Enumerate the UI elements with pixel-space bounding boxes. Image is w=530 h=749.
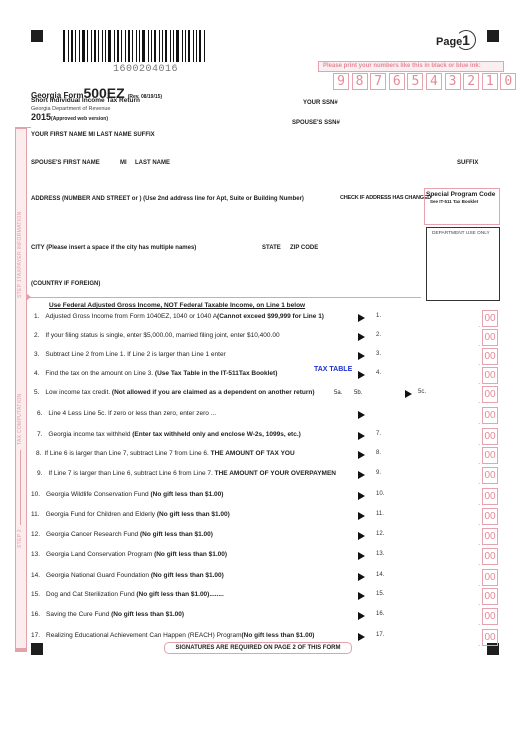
line-text: Low income tax credit. [45, 389, 111, 396]
decimal-point: . [478, 376, 481, 386]
line-description: 17.Realizing Educational Achievement Can… [31, 632, 314, 639]
line-reference: 1. [376, 313, 381, 319]
line-reference: 17. [376, 632, 384, 638]
sample-digit: 8 [352, 73, 368, 90]
decimal-point: . [478, 338, 481, 348]
department-use-box [426, 227, 500, 301]
arrow-right-icon [358, 451, 365, 459]
line-number: 10. [31, 491, 40, 498]
tax-line-5: 5.Low income tax credit. (Not allowed if… [0, 389, 530, 403]
arrow-right-icon [358, 592, 365, 600]
decimal-point: . [478, 416, 481, 426]
spouse-first-name-label: SPOUSE'S FIRST NAME [31, 160, 100, 166]
line-description: 13.Georgia Land Conservation Program (No… [31, 551, 227, 558]
section-divider [26, 297, 421, 298]
amount-cents-field[interactable]: 00 [482, 310, 498, 327]
line-text: Subtract Line 2 from Line 1. If Line 2 i… [45, 351, 225, 358]
amount-cents-field[interactable]: 00 [482, 367, 498, 384]
tax-line-13: 13.Georgia Land Conservation Program (No… [0, 551, 530, 565]
line-note: (No gift less than $1.00)........ [136, 591, 223, 598]
line-number: 2. [34, 332, 39, 339]
arrow-right-icon [358, 492, 365, 500]
year-value: 2015 [31, 112, 51, 122]
line-reference: 5c. [418, 389, 426, 395]
barcode-number: 1600204016 [113, 64, 178, 75]
year-note: (Approved web version) [51, 116, 108, 122]
line-note: (Cannot exceed $99,999 for Line 1) [217, 313, 324, 320]
line-note: (Not allowed if you are claimed as a dep… [112, 389, 315, 396]
line-description: 3.Subtract Line 2 from Line 1. If Line 2… [34, 351, 226, 358]
form-subtitle: Short Individual Income Tax Return [31, 97, 140, 104]
special-program-code-subtitle: See IT-511 Tax Booklet [430, 199, 478, 204]
special-program-code-title: Special Program Code [426, 191, 495, 198]
sample-digit: 6 [389, 73, 405, 90]
arrow-right-icon [358, 612, 365, 620]
line-number: 14. [31, 572, 40, 579]
line-number: 17. [31, 632, 40, 639]
sample-digit: 0 [500, 73, 516, 90]
line-description: 11.Georgia Fund for Children and Elderly… [31, 511, 230, 518]
line-note: (No gift less than $1.00) [150, 491, 223, 498]
line-reference: 16. [376, 611, 384, 617]
line-number: 6. [37, 410, 42, 417]
line-text: Georgia Fund for Children and Elderly [46, 511, 157, 518]
line-note: (No gift less than $1.00) [157, 511, 230, 518]
line-text: If Line 7 is larger than Line 6, subtrac… [48, 470, 214, 477]
decimal-point: . [478, 395, 481, 405]
line-note: THE AMOUNT OF YOUR OVERPAYMEN [215, 470, 336, 477]
arrow-right-icon [358, 633, 365, 641]
agi-instruction: Use Federal Adjusted Gross Income, NOT F… [49, 302, 305, 309]
tax-line-3: 3.Subtract Line 2 from Line 1. If Line 2… [0, 351, 530, 365]
arrow-right-icon [358, 552, 365, 560]
line-number: 9. [37, 470, 42, 477]
line-description: 5.Low income tax credit. (Not allowed if… [34, 389, 315, 396]
line-description: 7.Georgia income tax withheld (Enter tax… [37, 431, 301, 438]
line-description: 12.Georgia Cancer Research Fund (No gift… [31, 531, 213, 538]
line-text: Georgia National Guard Foundation [46, 572, 151, 579]
line-reference: 7. [376, 431, 381, 437]
line-number: 4. [34, 370, 39, 377]
address-changed-label[interactable]: CHECK IF ADDRESS HAS CHANGED [340, 195, 431, 201]
line-reference: 8. [376, 450, 381, 456]
line-reference: 11. [376, 511, 384, 517]
line-description: 16.Saving the Cure Fund (No gift less th… [31, 611, 184, 618]
line-reference: 3. [376, 351, 381, 357]
line-note: THE AMOUNT OF TAX YOU [211, 450, 295, 457]
arrow-right-icon [358, 352, 365, 360]
address-label: ADDRESS (NUMBER AND STREET or ) (Use 2nd… [31, 196, 304, 202]
decimal-point: . [478, 578, 481, 588]
line-number: 5. [34, 389, 39, 396]
decimal-point: . [478, 557, 481, 567]
decimal-point: . [478, 357, 481, 367]
tax-line-2: 2.If your filing status is single, enter… [0, 332, 530, 346]
decimal-point: . [478, 537, 481, 547]
tax-line-6: 6.Line 4 Less Line 5c. If zero or less t… [0, 410, 530, 424]
amount-cents-field[interactable]: 00 [482, 629, 498, 646]
line-description: 8.If Line 6 is larger than Line 7, subtr… [36, 450, 295, 457]
tax-line-16: 16.Saving the Cure Fund (No gift less th… [0, 611, 530, 625]
line-text: Realizing Educational Achievement Can Ha… [46, 632, 241, 639]
tax-table-link[interactable]: TAX TABLE [314, 366, 352, 373]
sidebar-bottom-bar [15, 648, 27, 652]
country-label: (COUNTRY IF FOREIGN) [31, 281, 100, 287]
line-text: Georgia Land Conservation Program [46, 551, 154, 558]
tax-line-15: 15.Dog and Cat Sterilization Fund (No gi… [0, 591, 530, 605]
tax-line-7: 7.Georgia income tax withheld (Enter tax… [0, 431, 530, 445]
sample-digit: 5 [407, 73, 423, 90]
amount-cents-field[interactable]: 00 [482, 386, 498, 403]
line-text: Georgia Wildlife Conservation Fund [46, 491, 150, 498]
line-description: 15.Dog and Cat Sterilization Fund (No gi… [31, 591, 224, 598]
page-number: 1 [456, 30, 476, 50]
tax-line-4: 4.Find the tax on the amount on Line 3. … [0, 370, 530, 384]
your-ssn-label: YOUR SSN# [303, 100, 338, 106]
line-text: Adjusted Gross Income from Form 1040EZ, … [45, 313, 217, 320]
city-label: CITY (Please insert a space if the city … [31, 245, 196, 251]
line-note: (No gift less than $1.00) [151, 572, 224, 579]
line-reference: 14. [376, 572, 384, 578]
arrow-right-icon [358, 471, 365, 479]
amount-cents-field[interactable]: 00 [482, 329, 498, 346]
tax-line-11: 11.Georgia Fund for Children and Elderly… [0, 511, 530, 525]
line-note: (No gift less than $1.00) [111, 611, 184, 618]
line-note: (Enter tax withheld only and enclose W-2… [132, 431, 301, 438]
amount-cents-field[interactable]: 00 [482, 407, 498, 424]
amount-cents-field[interactable]: 00 [482, 569, 498, 586]
line-description: 6.Line 4 Less Line 5c. If zero or less t… [37, 410, 216, 417]
registration-mark-top-right [487, 30, 499, 42]
sample-digit: 7 [370, 73, 386, 90]
line-number: 12. [31, 531, 40, 538]
line-number: 15. [31, 591, 40, 598]
amount-cents-field[interactable]: 00 [482, 348, 498, 365]
registration-mark-top-left [31, 30, 43, 42]
line-number: 11. [31, 511, 40, 518]
line-reference: 15. [376, 591, 384, 597]
line-reference: 13. [376, 551, 384, 557]
line-note: (Use Tax Table in the IT-511Tax Booklet) [155, 370, 277, 377]
line-note: (No gift less than $1.00) [242, 632, 315, 639]
line-description: 10.Georgia Wildlife Conservation Fund (N… [31, 491, 223, 498]
tax-line-10: 10.Georgia Wildlife Conservation Fund (N… [0, 491, 530, 505]
line-text: If Line 6 is larger than Line 7, subtrac… [44, 450, 210, 457]
line-reference: 12. [376, 531, 384, 537]
line-text: Find the tax on the amount on Line 3. [45, 370, 155, 377]
tax-line-9: 9.If Line 7 is larger than Line 6, subtr… [0, 470, 530, 484]
line-number: 13. [31, 551, 40, 558]
line-note: (No gift less than $1.00) [154, 551, 227, 558]
line-5a-label: 5a. [334, 390, 342, 396]
sample-digits: 9876543210 [333, 73, 519, 90]
line-text: Saving the Cure Fund [46, 611, 111, 618]
ink-instruction: Please print your numbers like this in b… [318, 61, 504, 72]
arrow-right-icon [358, 432, 365, 440]
spouse-ssn-label: SPOUSE'S SSN# [292, 120, 340, 126]
decimal-point: . [478, 517, 481, 527]
amount-cents-field[interactable]: 00 [482, 447, 498, 464]
spouse-suffix-label: SUFFIX [457, 160, 478, 166]
sample-digit: 4 [426, 73, 442, 90]
tax-line-8: 8.If Line 6 is larger than Line 7, subtr… [0, 450, 530, 464]
zip-code-label: ZIP CODE [290, 245, 318, 251]
line-text: Georgia income tax withheld [48, 431, 132, 438]
line-number: 8. [36, 450, 41, 457]
amount-cents-field[interactable]: 00 [482, 548, 498, 565]
sample-digit: 1 [482, 73, 498, 90]
decimal-point: . [478, 638, 481, 648]
decimal-point: . [478, 617, 481, 627]
amount-cents-field[interactable]: 00 [482, 488, 498, 505]
signature-notice: SIGNATURES ARE REQUIRED ON PAGE 2 OF THI… [164, 642, 352, 654]
line-text: If your filing status is single, enter $… [45, 332, 279, 339]
step1-label: STEP 1TAXPAYER INFORMATION [17, 211, 23, 298]
arrow-right-icon [358, 512, 365, 520]
amount-cents-field[interactable]: 00 [482, 608, 498, 625]
state-label: STATE [262, 245, 281, 251]
line-number: 1. [34, 313, 39, 320]
amount-cents-field[interactable]: 00 [482, 428, 498, 445]
arrow-right-icon [358, 371, 365, 379]
line-description: 2.If your filing status is single, enter… [34, 332, 280, 339]
line-description: 9.If Line 7 is larger than Line 6, subtr… [37, 470, 336, 477]
line-reference: 2. [376, 332, 381, 338]
your-name-label: YOUR FIRST NAME MI LAST NAME SUFFIX [31, 132, 155, 138]
barcode [63, 30, 237, 62]
line-number: 7. [37, 431, 42, 438]
decimal-point: . [478, 319, 481, 329]
decimal-point: . [478, 597, 481, 607]
spouse-mi-label: MI [120, 160, 127, 166]
line-text: Georgia Cancer Research Fund [46, 531, 140, 538]
line-5b-label: 5b. [354, 390, 362, 396]
tax-year: 2015(Approved web version) [31, 112, 108, 122]
sample-digit: 9 [333, 73, 349, 90]
line-reference: 10. [376, 491, 384, 497]
amount-cents-field[interactable]: 00 [482, 508, 498, 525]
line-description: 1.Adjusted Gross Income from Form 1040EZ… [34, 313, 324, 320]
spouse-last-name-label: LAST NAME [135, 160, 170, 166]
decimal-point: . [478, 437, 481, 447]
amount-cents-field[interactable]: 00 [482, 528, 498, 545]
line-text: Line 4 Less Line 5c. If zero or less tha… [48, 410, 216, 417]
line-text: Dog and Cat Sterilization Fund [46, 591, 136, 598]
line-note: (No gift less than $1.00) [140, 531, 213, 538]
sample-digit: 3 [445, 73, 461, 90]
arrow-right-icon [358, 411, 365, 419]
tax-line-12: 12.Georgia Cancer Research Fund (No gift… [0, 531, 530, 545]
section-divider-arrow [26, 293, 31, 301]
arrow-right-icon [358, 333, 365, 341]
sample-digit: 2 [463, 73, 479, 90]
amount-cents-field[interactable]: 00 [482, 467, 498, 484]
decimal-point: . [478, 456, 481, 466]
department-use-label: DEPARTMENT USE ONLY [432, 231, 490, 236]
line-description: 4.Find the tax on the amount on Line 3. … [34, 370, 277, 377]
arrow-right-icon [358, 532, 365, 540]
arrow-right-icon [358, 314, 365, 322]
arrow-right-icon [358, 573, 365, 581]
line-number: 16. [31, 611, 40, 618]
decimal-point: . [478, 476, 481, 486]
tax-line-14: 14.Georgia National Guard Foundation (No… [0, 572, 530, 586]
line-description: 14.Georgia National Guard Foundation (No… [31, 572, 224, 579]
arrow-right-icon [405, 390, 412, 398]
decimal-point: . [478, 497, 481, 507]
amount-cents-field[interactable]: 00 [482, 588, 498, 605]
line-reference: 9. [376, 470, 381, 476]
line-number: 3. [34, 351, 39, 358]
line-reference: 4. [376, 370, 381, 376]
tax-line-1: 1.Adjusted Gross Income from Form 1040EZ… [0, 313, 530, 327]
